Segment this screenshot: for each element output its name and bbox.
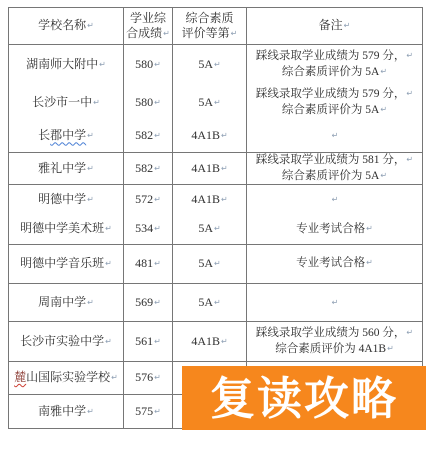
cell-score: 572↵ [124, 185, 173, 215]
return-mark: ↵ [387, 344, 394, 353]
return-mark: ↵ [154, 131, 161, 140]
cell-quality: 4A1B↵ [173, 322, 247, 362]
cell-remark: ↵ [247, 121, 423, 153]
cell-school: 长沙市一中↵ [9, 85, 124, 121]
cell-remark: 专业考试合格↵ [247, 245, 423, 284]
return-mark: ↵ [87, 298, 94, 307]
cell-quality: 5A↵ [173, 245, 247, 284]
cell-school: 长沙市实验中学↵ [9, 322, 124, 362]
return-mark: ↵ [99, 60, 106, 69]
return-mark: ↵ [105, 224, 112, 233]
table-row: 明德中学美术班↵ 534↵ 5A↵ 专业考试合格↵ [9, 215, 423, 245]
cell-school: 雅礼中学↵ [9, 153, 124, 185]
cell-score: 569↵ [124, 284, 173, 322]
cell-quality: 4A1B↵ [173, 121, 247, 153]
table-row: 周南中学↵ 569↵ 5A↵ ↵ [9, 284, 423, 322]
cell-quality: 5A↵ [173, 45, 247, 85]
cell-school: 南雅中学↵ [9, 395, 124, 429]
table-row: 长沙市一中↵ 580↵ 5A↵ 踩线录取学业成绩为 579 分，↵ 综合素质评价… [9, 85, 423, 121]
return-mark: ↵ [154, 298, 161, 307]
fudu-gonglue-banner: 复读攻略 [182, 366, 426, 430]
cell-score: 582↵ [124, 153, 173, 185]
cell-remark: 专业考试合格↵ [247, 215, 423, 245]
header-quality-grade: 综合素质 评价等第↵ [173, 8, 247, 45]
header-academic-score: 学业综 合成绩↵ [124, 8, 173, 45]
table-row: 明德中学↵ 572↵ 4A1B↵ ↵ [9, 185, 423, 215]
table-row: 湖南师大附中↵ 580↵ 5A↵ 踩线录取学业成绩为 579 分，↵ 综合素质评… [9, 45, 423, 85]
return-mark: ↵ [163, 29, 170, 38]
return-mark: ↵ [154, 164, 161, 173]
return-mark: ↵ [332, 131, 339, 140]
cell-quality: 4A1B↵ [173, 153, 247, 185]
cell-remark: 踩线录取学业成绩为 560 分，↵ 综合素质评价为 4A1B↵ [247, 322, 423, 362]
table-row: 雅礼中学↵ 582↵ 4A1B↵ 踩线录取学业成绩为 581 分，↵ 综合素质评… [9, 153, 423, 185]
return-mark: ↵ [366, 258, 373, 267]
return-mark: ↵ [87, 195, 94, 204]
return-mark: ↵ [154, 407, 161, 416]
cell-score: 580↵ [124, 85, 173, 121]
document-page: 学校名称↵ 学业综 合成绩↵ 综合素质 评价等第↵ 备注↵ 湖南师大附中↵ 58… [0, 0, 426, 453]
return-mark: ↵ [332, 298, 339, 307]
return-mark: ↵ [154, 195, 161, 204]
return-mark: ↵ [154, 337, 161, 346]
return-mark: ↵ [214, 259, 221, 268]
cell-school: 麓山国际实验学校↵ [9, 362, 124, 395]
return-mark: ↵ [154, 373, 161, 382]
cell-remark: ↵ [247, 185, 423, 215]
cell-score: 575↵ [124, 395, 173, 429]
banner-text: 复读攻略 [210, 376, 398, 421]
cell-quality: 5A↵ [173, 284, 247, 322]
cell-remark: 踩线录取学业成绩为 581 分，↵ 综合素质评价为 5A↵ [247, 153, 423, 185]
return-mark: ↵ [332, 195, 339, 204]
return-mark: ↵ [406, 328, 413, 337]
cell-score: 561↵ [124, 322, 173, 362]
return-mark: ↵ [344, 21, 351, 30]
return-mark: ↵ [214, 224, 221, 233]
cell-remark: 踩线录取学业成绩为 579 分，↵ 综合素质评价为 5A↵ [247, 85, 423, 121]
return-mark: ↵ [111, 373, 118, 382]
return-mark: ↵ [214, 60, 221, 69]
spellcheck-underline: 郡中学 [50, 128, 86, 142]
return-mark: ↵ [87, 407, 94, 416]
cell-score: 576↵ [124, 362, 173, 395]
return-mark: ↵ [380, 171, 387, 180]
return-mark: ↵ [380, 67, 387, 76]
spellcheck-underline: 麓 [14, 370, 26, 384]
cell-quality: 5A↵ [173, 215, 247, 245]
return-mark: ↵ [154, 60, 161, 69]
return-mark: ↵ [231, 29, 238, 38]
cell-quality: 4A1B↵ [173, 185, 247, 215]
cell-score: 582↵ [124, 121, 173, 153]
return-mark: ↵ [154, 98, 161, 107]
cell-school: 明德中学美术班↵ [9, 215, 124, 245]
return-mark: ↵ [87, 131, 94, 140]
header-remark: 备注↵ [247, 8, 423, 45]
cell-score: 580↵ [124, 45, 173, 85]
table-row: 明德中学音乐班↵ 481↵ 5A↵ 专业考试合格↵ [9, 245, 423, 284]
cell-quality: 5A↵ [173, 85, 247, 121]
return-mark: ↵ [105, 337, 112, 346]
return-mark: ↵ [221, 337, 228, 346]
return-mark: ↵ [406, 51, 413, 60]
return-mark: ↵ [154, 259, 161, 268]
return-mark: ↵ [380, 105, 387, 114]
return-mark: ↵ [214, 298, 221, 307]
table-row: 长沙市实验中学↵ 561↵ 4A1B↵ 踩线录取学业成绩为 560 分，↵ 综合… [9, 322, 423, 362]
return-mark: ↵ [406, 155, 413, 164]
cell-school: 周南中学↵ [9, 284, 124, 322]
return-mark: ↵ [221, 195, 228, 204]
cell-school: 明德中学音乐班↵ [9, 245, 124, 284]
cell-school: 明德中学↵ [9, 185, 124, 215]
header-school-name: 学校名称↵ [9, 8, 124, 45]
return-mark: ↵ [406, 89, 413, 98]
cell-school: 长郡中学↵ [9, 121, 124, 153]
cell-remark: ↵ [247, 284, 423, 322]
table-row: 长郡中学↵ 582↵ 4A1B↵ ↵ [9, 121, 423, 153]
return-mark: ↵ [221, 131, 228, 140]
return-mark: ↵ [87, 164, 94, 173]
cell-score: 534↵ [124, 215, 173, 245]
return-mark: ↵ [93, 98, 100, 107]
return-mark: ↵ [105, 259, 112, 268]
cell-remark: 踩线录取学业成绩为 579 分，↵ 综合素质评价为 5A↵ [247, 45, 423, 85]
return-mark: ↵ [154, 224, 161, 233]
return-mark: ↵ [366, 224, 373, 233]
return-mark: ↵ [87, 21, 94, 30]
cell-school: 湖南师大附中↵ [9, 45, 124, 85]
table-header-row: 学校名称↵ 学业综 合成绩↵ 综合素质 评价等第↵ 备注↵ [9, 8, 423, 45]
return-mark: ↵ [221, 164, 228, 173]
return-mark: ↵ [214, 98, 221, 107]
cell-score: 481↵ [124, 245, 173, 284]
